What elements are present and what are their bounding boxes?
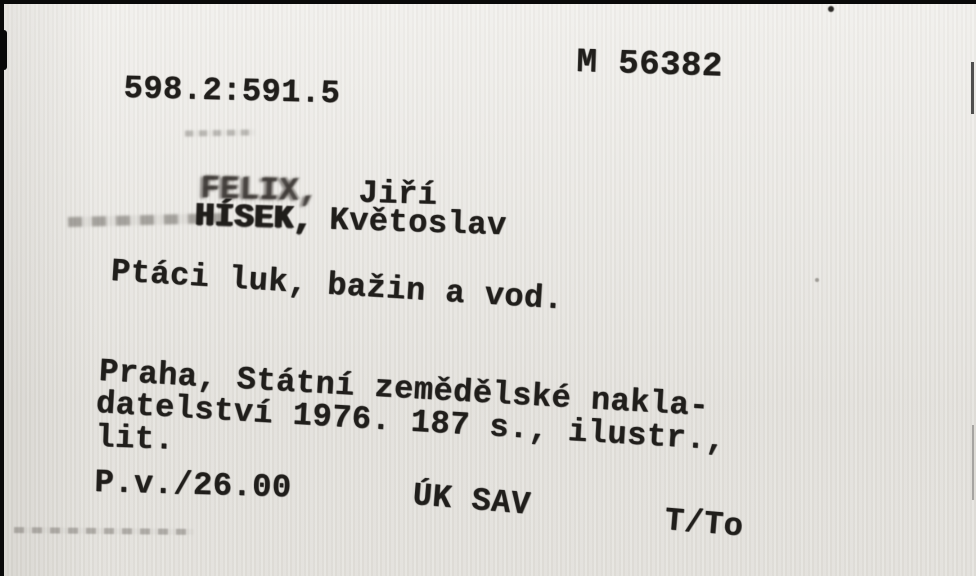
catalog-card-scan: M 56382 598.2:591.5 FELIX,Jiří HÍSEK,Kvě… [0,0,976,576]
ink-speck [828,6,834,12]
scan-left-edge [0,0,4,576]
typist-mark: T/To [663,505,744,543]
author-surname: HÍSEK, [195,200,314,236]
scan-left-edge-blot [0,30,7,70]
scan-top-edge [0,0,976,4]
scan-right-edge-mark-top [971,62,974,114]
scratch-mark [14,527,194,535]
ink-speck [815,278,819,282]
imprint-line-3: lit. [95,422,175,457]
author-given-name: Květoslav [329,205,507,243]
price-code: P.v./26.00 [94,467,292,504]
scan-right-edge-mark-bottom [972,425,974,500]
accession-number-stamp: M 56382 [576,46,723,85]
smudge-mark [185,129,255,136]
classification-number: 598.2:591.5 [123,73,340,110]
library-code-stamp: ÚK SAV [411,480,531,522]
